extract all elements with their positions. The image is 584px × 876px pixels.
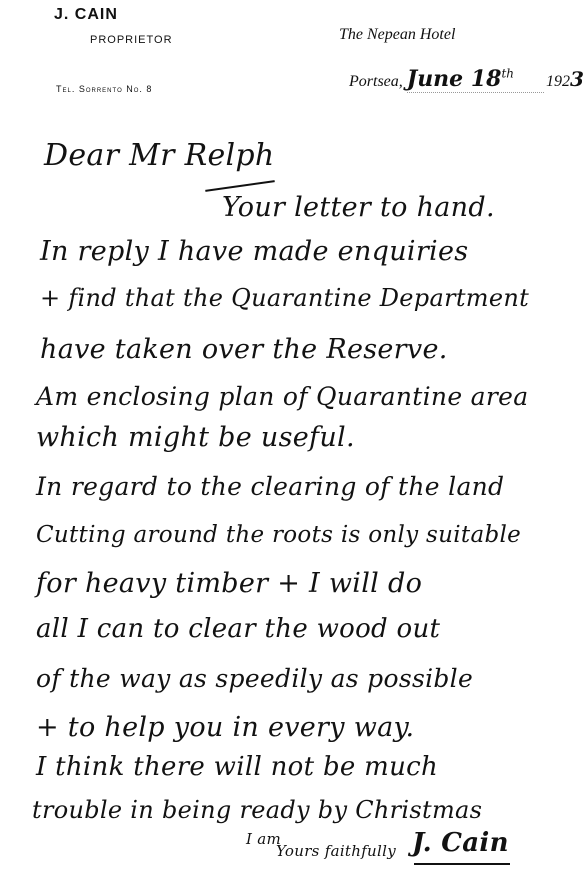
letter-line: + to help you in every way.: [36, 712, 414, 743]
letter-line: Am enclosing plan of Quarantine area: [36, 382, 528, 411]
letter-line: which might be useful.: [36, 422, 355, 453]
letter-line: trouble in being ready by Christmas: [32, 796, 482, 824]
letter-line: Your letter to hand.: [222, 192, 495, 223]
letter-line: for heavy timber + I will do: [36, 568, 422, 599]
signature: J. Cain: [412, 828, 509, 858]
letter-line: of the way as speedily as possible: [36, 664, 473, 693]
letter-line: In reply I have made enquiries: [40, 236, 468, 267]
letter-line: have taken over the Reserve.: [40, 334, 448, 365]
salutation: Dear Mr Relph: [44, 138, 275, 173]
closing-yours-faithfully: Yours faithfully: [276, 842, 396, 860]
letter-line: + find that the Quarantine Department: [40, 284, 529, 312]
letter-body: Dear Mr Relph Your letter to hand. In re…: [0, 0, 584, 876]
letter-line: Cutting around the roots is only suitabl…: [36, 522, 521, 548]
signature-underline: [414, 863, 510, 865]
letter-line: In regard to the clearing of the land: [36, 472, 504, 501]
letter-line: I think there will not be much: [36, 752, 438, 782]
salutation-underline: [205, 180, 275, 192]
letter-line: all I can to clear the wood out: [36, 614, 440, 644]
